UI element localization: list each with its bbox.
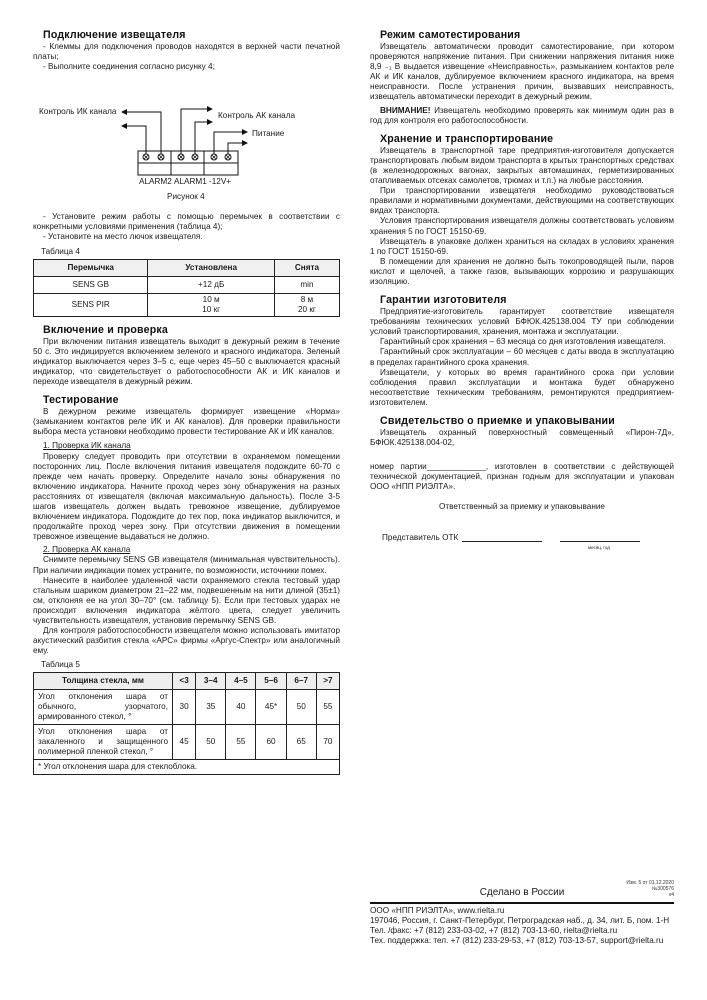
- ik-check-paragraph: Проверку следует проводить при отсутстви…: [33, 452, 340, 543]
- warning-label: ВНИМАНИЕ!: [380, 106, 430, 115]
- table4-caption: Таблица 4: [41, 247, 340, 257]
- ak-check-paragraph-3: Для контроля работоспособности извещател…: [33, 626, 340, 656]
- section-title-testing: Тестирование: [43, 395, 340, 406]
- table5-column-header: 3–4: [196, 673, 226, 690]
- table5-column-header: <3: [173, 673, 196, 690]
- table-row: Угол отклонения шара от обычного, узорча…: [34, 690, 340, 725]
- revision-info: Изм. 5 от 01.12.2020 №300576 v4: [626, 880, 674, 898]
- section-title-certificate: Свидетельство о приемке и упаковывании: [380, 416, 674, 427]
- responsible-label: Ответственный за приемку и упаковывание: [370, 502, 674, 512]
- document-version: v4: [626, 892, 674, 898]
- storage-paragraph-2: При транспортировании извещателя необход…: [370, 186, 674, 216]
- table5-cell: 65: [286, 725, 316, 760]
- table4-cell: 8 м 20 кг: [274, 293, 339, 316]
- table5-caption: Таблица 5: [41, 660, 340, 670]
- warranty-paragraph-1: Предприятие-изготовитель гарантирует соо…: [370, 307, 674, 337]
- table5-footnote: * Угол отклонения шара для стеклоблока.: [34, 760, 340, 775]
- table5-cell: 35: [196, 690, 226, 725]
- certificate-paragraph-1: Извещатель охранный поверхностный совмещ…: [370, 428, 674, 448]
- connection-paragraph-3: - Установите режим работы с помощью пере…: [33, 212, 340, 232]
- jumper-table: Перемычка Установлена Снята SENS GB +12 …: [33, 259, 340, 317]
- testing-paragraph: В дежурном режиме извещатель формирует и…: [33, 407, 340, 437]
- subsection-ak-check: 2. Проверка АК канала: [43, 545, 340, 555]
- table5-cell: 55: [226, 725, 256, 760]
- table5-cell: 30: [173, 690, 196, 725]
- table5-column-header: 4–5: [226, 673, 256, 690]
- storage-paragraph-3: Условия транспортирования извещателя дол…: [370, 216, 674, 236]
- footer: Изм. 5 от 01.12.2020 №300576 v4 Сделано …: [370, 880, 674, 946]
- right-column: Режим самотестирования Извещатель автома…: [370, 30, 674, 563]
- table-row: SENS GB +12 дБ min: [34, 276, 340, 293]
- section-title-warranty: Гарантии изготовителя: [380, 295, 674, 306]
- table5-cell: 70: [316, 725, 339, 760]
- table-row: SENS PIR 10 м 10 кг 8 м 20 кг: [34, 293, 340, 316]
- warranty-paragraph-4: Извещатели, у которых во время гарантийн…: [370, 368, 674, 408]
- label-power: Питание: [252, 129, 284, 139]
- table4-cell: SENS PIR: [34, 293, 148, 316]
- table4-cell: 10 м 10 кг: [148, 293, 274, 316]
- table4-header: Снята: [274, 259, 339, 276]
- date-hint: месяц, год: [588, 543, 610, 553]
- subsection-ik-check: 1. Проверка ИК канала: [43, 441, 340, 451]
- table4-header: Перемычка: [34, 259, 148, 276]
- label-ik-channel-control: Контроль ИК канала: [39, 107, 117, 117]
- table5-header-label: Толщина стекла, мм: [34, 673, 173, 690]
- company-address: 197046, Россия, г. Санкт-Петербург, Петр…: [370, 916, 674, 926]
- storage-paragraph-4: Извещатель в упаковке должен храниться н…: [370, 237, 674, 257]
- table5-cell: 55: [316, 690, 339, 725]
- label-ak-channel-control: Контроль АК канала: [218, 111, 295, 121]
- company-name: ООО «НПП РИЭЛТА», www.rielta.ru: [370, 906, 674, 916]
- certificate-paragraph-2: номер партии_____________, изготовлен в …: [370, 462, 674, 492]
- footer-divider: [370, 902, 674, 904]
- terminal-label-alarm1: ALARM1: [174, 177, 207, 187]
- wiring-diagram: Контроль ИК канала Контроль АК канала Пи…: [33, 78, 340, 200]
- table5-cell: 45*: [256, 690, 286, 725]
- terminal-label-alarm2: ALARM2: [139, 177, 172, 187]
- company-phones: Тел. /факс: +7 (812) 233-03-02, +7 (812)…: [370, 926, 674, 936]
- table5-cell: 40: [226, 690, 256, 725]
- section-title-connection: Подключение извещателя: [43, 30, 340, 41]
- table5-cell: 50: [286, 690, 316, 725]
- otk-signature-row: Представитель ОТК месяц, год: [370, 533, 674, 563]
- terminal-label-power: -12V+: [209, 177, 231, 187]
- warranty-paragraph-2: Гарантийный срок хранения – 63 месяца со…: [370, 337, 674, 347]
- table5-cell: 50: [196, 725, 226, 760]
- otk-signature-line: [462, 541, 542, 542]
- table4-header: Установлена: [148, 259, 274, 276]
- table4-cell: +12 дБ: [148, 276, 274, 293]
- table5-column-header: 5–6: [256, 673, 286, 690]
- table5-row-label: Угол отклонения шара от обычного, узорча…: [34, 690, 173, 725]
- table5-column-header: 6–7: [286, 673, 316, 690]
- wiring-diagram-graphic: [33, 78, 340, 178]
- date-line: [560, 541, 640, 542]
- figure-caption: Рисунок 4: [167, 192, 205, 202]
- section-title-storage: Хранение и транспортирование: [380, 134, 674, 145]
- support-contacts: Тех. поддержка: тел. +7 (812) 233-29-53,…: [370, 936, 674, 946]
- section-title-selftest: Режим самотестирования: [380, 30, 674, 41]
- connection-paragraph-1: - Клеммы для подключения проводов находя…: [33, 42, 340, 62]
- connection-paragraph-4: - Установите на место лючок извещателя.: [33, 232, 340, 242]
- warning-paragraph: ВНИМАНИЕ! Извещатель необходимо проверят…: [370, 106, 674, 126]
- glass-thickness-table: Толщина стекла, мм <33–44–55–66–7>7 Угол…: [33, 672, 340, 775]
- warranty-paragraph-3: Гарантийный срок эксплуатации – 60 месяц…: [370, 347, 674, 367]
- storage-paragraph-1: Извещатель в транспортной таре предприят…: [370, 146, 674, 186]
- table5-cell: 45: [173, 725, 196, 760]
- table5-column-header: >7: [316, 673, 339, 690]
- table-row: Угол отклонения шара от закаленного и за…: [34, 725, 340, 760]
- table4-cell: SENS GB: [34, 276, 148, 293]
- connection-paragraph-2: - Выполните соединения согласно рисунку …: [33, 62, 340, 72]
- ak-check-paragraph-1: Снимите перемычку SENS GB извещателя (ми…: [33, 555, 340, 575]
- storage-paragraph-5: В помещении для хранения не должно быть …: [370, 257, 674, 287]
- table5-cell: 60: [256, 725, 286, 760]
- ak-check-paragraph-2: Нанесите в наиболее удаленной части охра…: [33, 576, 340, 626]
- section-title-power-on: Включение и проверка: [43, 325, 340, 336]
- table5-row-label: Угол отклонения шара от закаленного и за…: [34, 725, 173, 760]
- left-column: Подключение извещателя - Клеммы для подк…: [33, 30, 340, 775]
- otk-label: Представитель ОТК: [382, 533, 458, 543]
- selftest-paragraph: Извещатель автоматически проводит самоте…: [370, 42, 674, 103]
- table4-cell: min: [274, 276, 339, 293]
- power-on-paragraph: При включении питания извещатель выходит…: [33, 337, 340, 387]
